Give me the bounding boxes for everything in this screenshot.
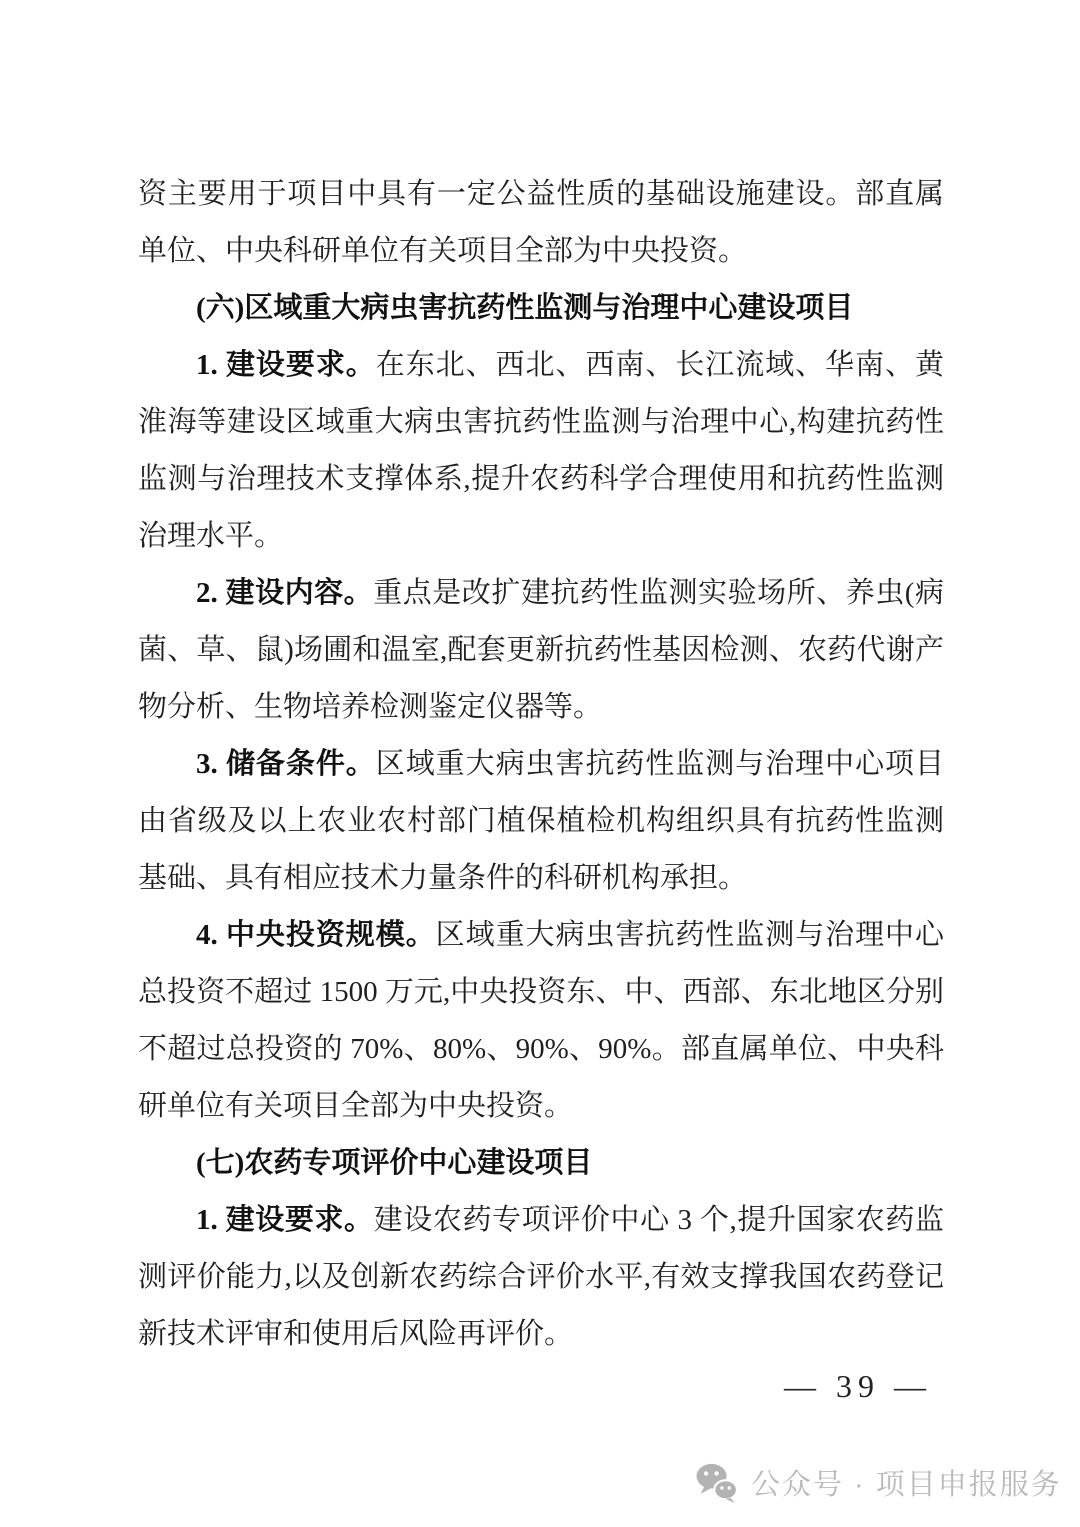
- section6-item-2: 2. 建设内容。重点是改扩建抗药性监测实验场所、养虫(病菌、草、鼠)场圃和温室,…: [138, 565, 944, 736]
- section7-heading: (七)农药专项评价中心建设项目: [138, 1135, 944, 1192]
- page-number: — 39 —: [784, 1368, 932, 1405]
- document-page: 资主要用于项目中具有一定公益性质的基础设施建设。部直属单位、中央科研单位有关项目…: [0, 0, 1080, 1527]
- section6-item-3-lead: 3. 储备条件。: [196, 748, 376, 780]
- section6-heading: (六)区域重大病虫害抗药性监测与治理中心建设项目: [138, 280, 944, 337]
- wechat-icon: [695, 1463, 739, 1503]
- section7-item-1: 1. 建设要求。建设农药专项评价中心 3 个,提升国家农药监测评价能力,以及创新…: [138, 1192, 944, 1363]
- section6-item-2-lead: 2. 建设内容。: [196, 577, 373, 609]
- section6-item-4-lead: 4. 中央投资规模。: [196, 919, 436, 951]
- document-body: 资主要用于项目中具有一定公益性质的基础设施建设。部直属单位、中央科研单位有关项目…: [138, 166, 944, 1363]
- section6-item-3: 3. 储备条件。区域重大病虫害抗药性监测与治理中心项目由省级及以上农业农村部门植…: [138, 736, 944, 907]
- section6-item-1: 1. 建设要求。在东北、西北、西南、长江流域、华南、黄淮海等建设区域重大病虫害抗…: [138, 337, 944, 565]
- intro-paragraph: 资主要用于项目中具有一定公益性质的基础设施建设。部直属单位、中央科研单位有关项目…: [138, 166, 944, 280]
- section6-item-4: 4. 中央投资规模。区域重大病虫害抗药性监测与治理中心总投资不超过 1500 万…: [138, 907, 944, 1135]
- wechat-watermark: 公众号 · 项目申报服务: [695, 1462, 1062, 1503]
- wechat-watermark-label: 公众号 · 项目申报服务: [751, 1462, 1062, 1503]
- section7-item-1-lead: 1. 建设要求。: [196, 1204, 374, 1236]
- section6-item-1-lead: 1. 建设要求。: [196, 349, 376, 381]
